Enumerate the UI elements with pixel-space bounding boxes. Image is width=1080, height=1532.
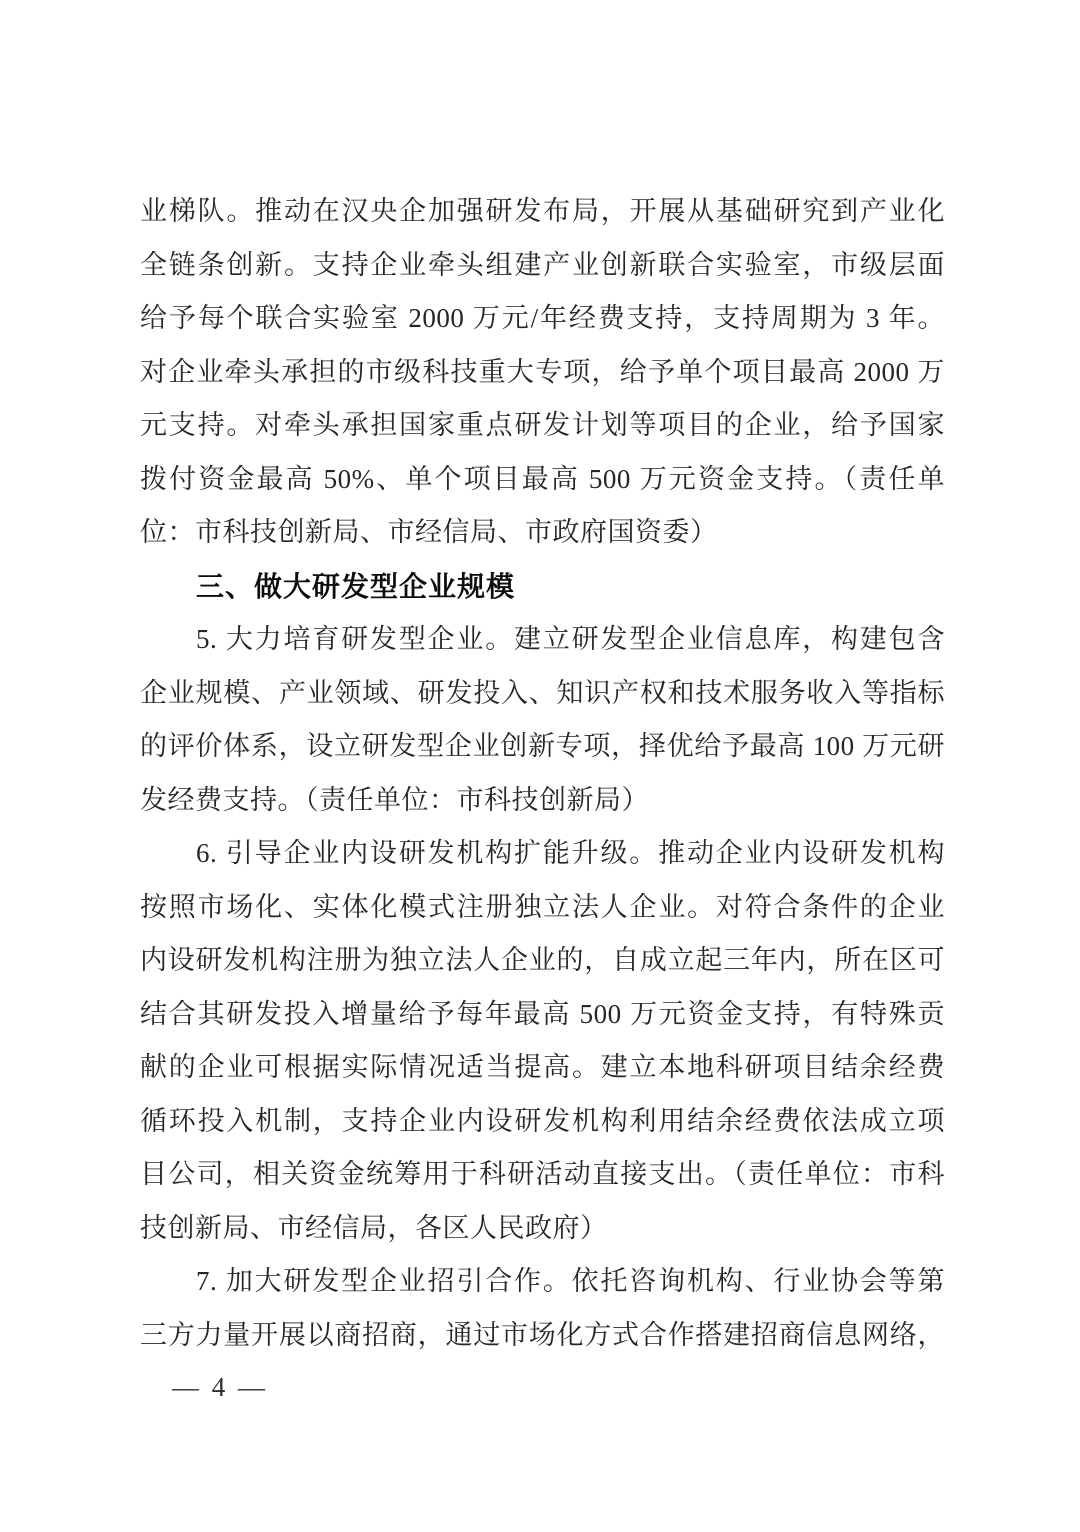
text-line: 目公司，相关资金统筹用于科研活动直接支出。（责任单位：市科 [140, 1148, 945, 1202]
text-line: 循环投入机制，支持企业内设研发机构利用结余经费依法成立项 [140, 1095, 945, 1149]
text-line: 元支持。对牵头承担国家重点研发计划等项目的企业，给予国家 [140, 399, 945, 453]
text-line: 按照市场化、实体化模式注册独立法人企业。对符合条件的企业 [140, 881, 945, 935]
text-line: 的评价体系，设立研发型企业创新专项，择优给予最高 100 万元研 [140, 720, 945, 774]
text-line: 业梯队。推动在汉央企加强研发布局，开展从基础研究到产业化 [140, 185, 945, 239]
text-line: 对企业牵头承担的市级科技重大专项，给予单个项目最高 2000 万 [140, 346, 945, 400]
text-line: 位：市科技创新局、市经信局、市政府国资委） [140, 506, 945, 560]
text-line: 企业规模、产业领域、研发投入、知识产权和技术服务收入等指标 [140, 667, 945, 721]
text-line: 结合其研发投入增量给予每年最高 500 万元资金支持，有特殊贡 [140, 988, 945, 1042]
page-number: — 4 — [172, 1360, 268, 1414]
text-line: 技创新局、市经信局，各区人民政府） [140, 1202, 945, 1256]
text-line: 内设研发机构注册为独立法人企业的，自成立起三年内，所在区可 [140, 934, 945, 988]
text-line: 发经费支持。（责任单位：市科技创新局） [140, 774, 945, 828]
text-line: 三方力量开展以商招商，通过市场化方式合作搭建招商信息网络， [140, 1309, 945, 1363]
document-page: 业梯队。推动在汉央企加强研发布局，开展从基础研究到产业化全链条创新。支持企业牵头… [0, 0, 1080, 1532]
text-block: 业梯队。推动在汉央企加强研发布局，开展从基础研究到产业化全链条创新。支持企业牵头… [140, 185, 945, 1362]
text-line: 7. 加大研发型企业招引合作。依托咨询机构、行业协会等第 [140, 1255, 945, 1309]
section-heading: 三、做大研发型企业规模 [140, 560, 945, 614]
text-line: 给予每个联合实验室 2000 万元/年经费支持，支持周期为 3 年。 [140, 292, 945, 346]
text-line: 献的企业可根据实际情况适当提高。建立本地科研项目结余经费 [140, 1041, 945, 1095]
text-line: 5. 大力培育研发型企业。建立研发型企业信息库，构建包含 [140, 613, 945, 667]
text-line: 拨付资金最高 50%、单个项目最高 500 万元资金支持。（责任单 [140, 453, 945, 507]
text-line: 6. 引导企业内设研发机构扩能升级。推动企业内设研发机构 [140, 827, 945, 881]
text-line: 全链条创新。支持企业牵头组建产业创新联合实验室，市级层面 [140, 239, 945, 293]
